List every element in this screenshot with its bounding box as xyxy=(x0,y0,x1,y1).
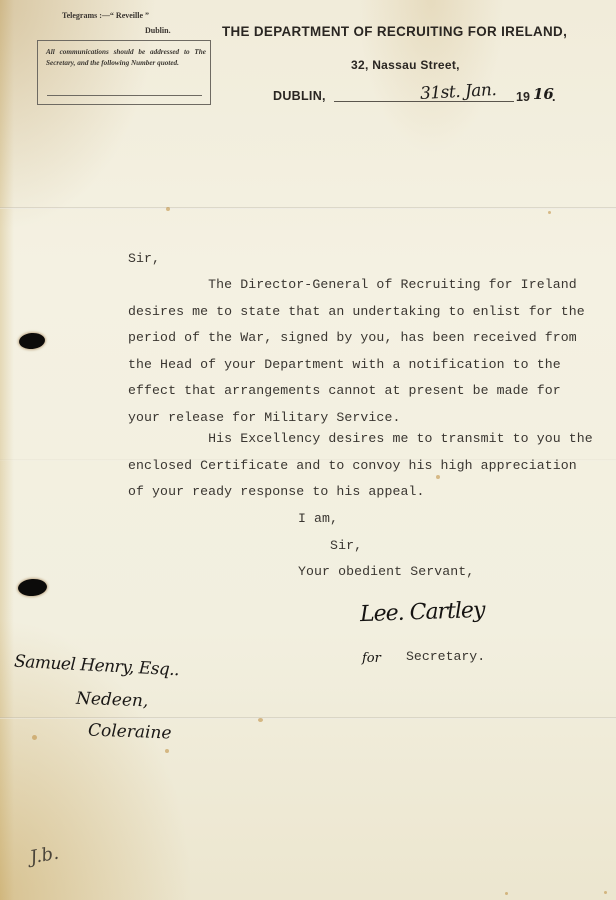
letter-page: Telegrams :—“ Reveille ” Dublin. All com… xyxy=(0,0,616,900)
foxing-stain xyxy=(32,735,37,740)
telegrams-address: Telegrams :—“ Reveille ” xyxy=(62,11,149,20)
punch-hole xyxy=(18,332,45,350)
reference-notice-box: All communications should be addressed t… xyxy=(37,40,211,105)
body-paragraph-2: His Excellency desires me to transmit to… xyxy=(128,426,593,506)
foxing-stain xyxy=(604,891,607,894)
foxing-stain xyxy=(548,211,551,214)
reference-notice-text: All communications should be addressed t… xyxy=(46,47,206,69)
foxing-stain xyxy=(258,718,263,722)
foxing-stain xyxy=(166,207,170,211)
signatory-title: Secretary. xyxy=(406,649,485,664)
handwritten-signature: Lee. Cartley xyxy=(360,598,485,627)
salutation: Sir, xyxy=(128,246,160,273)
paper-fold xyxy=(0,207,616,209)
street-address: 32, Nassau Street, xyxy=(351,58,460,72)
city-label: DUBLIN, xyxy=(273,89,326,103)
addressee-house: Nedeen, xyxy=(76,689,149,712)
year-suffix: . xyxy=(552,90,555,104)
addressee-town: Coleraine xyxy=(88,721,172,744)
per-handwritten: for xyxy=(362,651,381,666)
foxing-stain xyxy=(505,892,508,895)
department-heading: THE DEPARTMENT OF RECRUITING FOR IRELAND… xyxy=(222,24,567,39)
paper-fold xyxy=(0,717,616,719)
body-paragraph-1: The Director-General of Recruiting for I… xyxy=(128,272,585,431)
punch-hole xyxy=(17,578,47,597)
handwritten-initials: J.b. xyxy=(28,843,60,869)
addressee-name: Samuel Henry, Esq.. xyxy=(14,652,180,681)
handwritten-date: 31st. Jan. xyxy=(420,80,497,104)
closing-block: I am, Sir, Your obedient Servant, xyxy=(298,506,474,586)
reference-number-line xyxy=(47,95,202,96)
handwritten-year: 16 xyxy=(533,85,554,103)
telegrams-city: Dublin. xyxy=(145,26,171,35)
foxing-stain xyxy=(165,749,169,753)
year-prefix: 19 xyxy=(516,90,530,104)
